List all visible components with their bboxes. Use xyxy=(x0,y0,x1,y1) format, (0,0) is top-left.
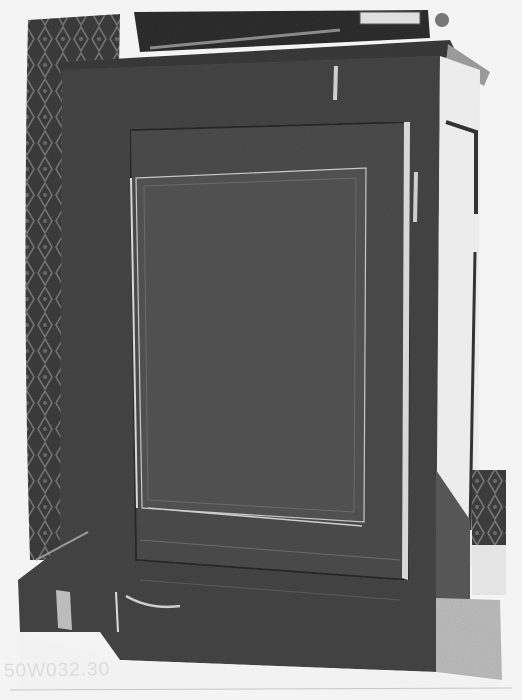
wallpaper-right xyxy=(472,470,506,545)
handwritten-caption: 50W032.30 xyxy=(4,659,111,683)
door-panel xyxy=(136,168,366,522)
cabinet-photo xyxy=(0,0,522,700)
